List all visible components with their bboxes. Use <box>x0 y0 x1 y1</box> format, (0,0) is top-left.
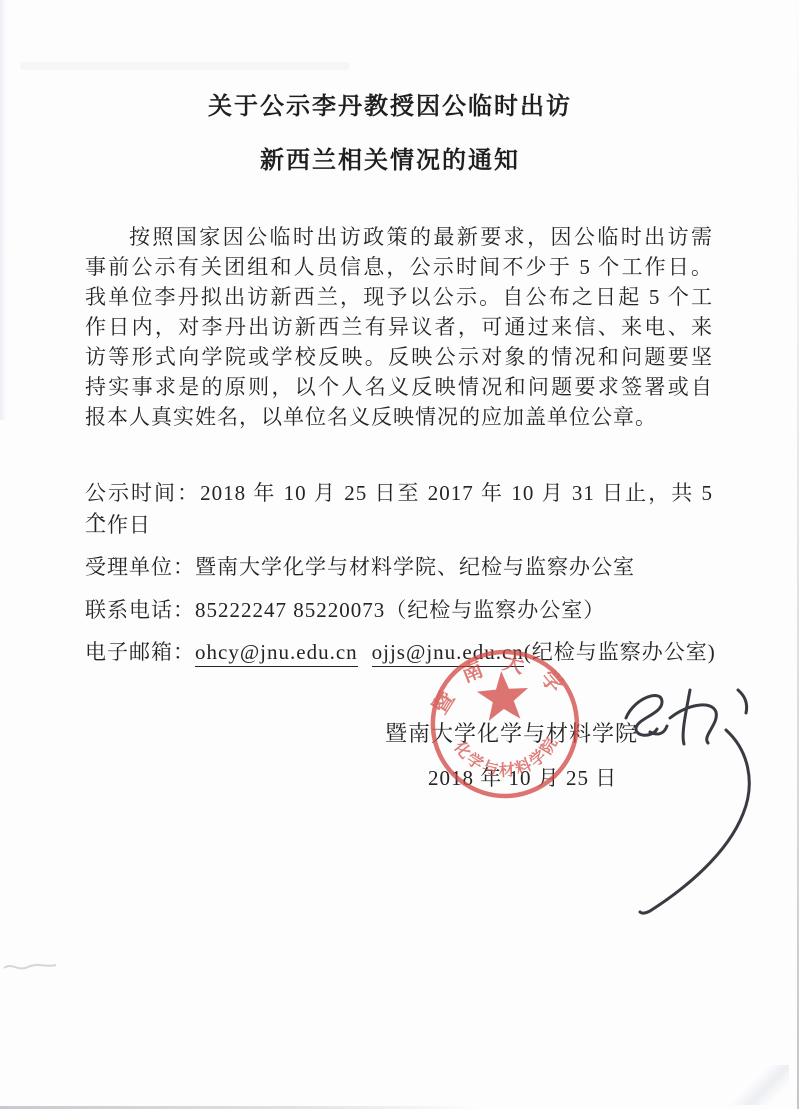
signature-stroke <box>683 690 690 744</box>
scan-edge-shadow-left <box>0 0 7 420</box>
scanned-notice-document: 关于公示李丹教授因公临时出访 新西兰相关情况的通知 按照国家因公临时出访政策的最… <box>0 0 799 1109</box>
handwritten-signature <box>610 676 799 936</box>
signature-stroke <box>640 730 749 913</box>
email-label: 电子邮箱： <box>85 640 195 664</box>
body-line: 按照国家因公临时出访政策的最新要求，因公临时出访需 <box>85 222 713 252</box>
pencil-scan-mark <box>2 958 72 982</box>
signature-stroke <box>650 726 667 734</box>
scan-smear-corner <box>729 1065 789 1105</box>
body-line: 事前公示有关团组和人员信息，公示时间不少于 5 个工作日。 <box>85 252 713 282</box>
document-title-line1: 关于公示李丹教授因公临时出访 <box>0 86 780 121</box>
signature-organization: 暨南大学化学与材料学院 <box>385 717 638 748</box>
signature-date: 2018 年 10 月 25 日 <box>428 762 617 792</box>
publicity-period-line2: 工作日 <box>85 510 713 540</box>
email-suffix: (纪检与监察办公室) <box>524 640 716 664</box>
contact-phone-line: 联系电话：85222247 85220073（纪检与监察办公室） <box>85 594 713 624</box>
body-line: 报本人真实姓名，以单位名义反映情况的应加盖单位公章。 <box>85 402 713 432</box>
signature-stroke <box>670 705 716 743</box>
accepting-unit-line: 受理单位：暨南大学化学与材料学院、纪检与监察办公室 <box>85 551 713 581</box>
body-line: 我单位李丹拟出访新西兰，现予以公示。自公布之日起 5 个工 <box>85 282 713 312</box>
body-line: 访等形式向学院或学校反映。反映公示对象的情况和问题要坚 <box>85 342 713 372</box>
document-title-line2: 新西兰相关情况的通知 <box>0 140 780 175</box>
email-row: 电子邮箱：ohcy@jnu.edu.cnojjs@jnu.edu.cn(纪检与监… <box>85 636 713 667</box>
body-line: 作日内，对李丹出访新西兰有异议者，可通过来信、来电、来 <box>85 312 713 342</box>
body-line: 持实事求是的原则，以个人名义反映情况和问题要求签署或自 <box>85 372 713 402</box>
email-address-ojjs: ojjs@jnu.edu.cn <box>372 640 524 667</box>
seal-star-icon <box>476 669 531 721</box>
scan-smear-top <box>20 62 350 70</box>
signature-stroke <box>738 690 747 713</box>
email-address-ohcy: ohcy@jnu.edu.cn <box>195 640 358 667</box>
